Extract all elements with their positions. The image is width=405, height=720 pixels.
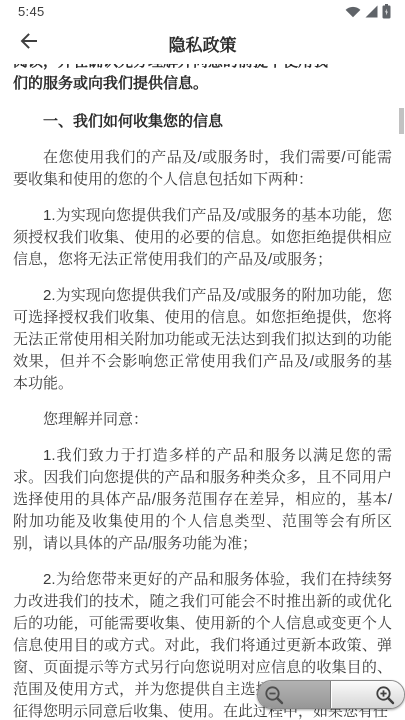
battery-charging-icon (382, 4, 391, 19)
policy-paragraph: 您理解并同意： (13, 409, 392, 431)
status-icons (345, 4, 391, 19)
section-heading: 一、我们如何收集您的信息 (13, 111, 392, 133)
magnifier-plus-icon (374, 684, 396, 706)
cellular-signal-icon (365, 5, 378, 18)
status-time: 5:45 (18, 4, 45, 19)
toolbar: 隐私政策 (0, 22, 405, 64)
back-arrow-icon (19, 31, 39, 56)
page-title: 隐私政策 (60, 31, 345, 56)
scrollbar-thumb[interactable] (399, 108, 404, 134)
zoom-controls (257, 680, 405, 709)
magnifier-minus-icon (263, 684, 285, 706)
policy-intro-line-clipped: 阅读，并在确认充分理解并同意的前提下使用我 (13, 64, 392, 73)
zoom-in-button[interactable] (331, 681, 404, 708)
policy-paragraph: 1.为实现向您提供我们产品及/或服务的基本功能，您须授权我们收集、使用的必要的信… (13, 205, 392, 271)
policy-paragraph: 2.为实现向您提供我们产品及/或服务的附加功能，您可选择授权我们收集、使用的信息… (13, 285, 392, 395)
policy-content: 阅读，并在确认充分理解并同意的前提下使用我 们的服务或向我们提供信息。 一、我们… (0, 64, 405, 720)
policy-paragraph: 1.我们致力于打造多样的产品和服务以满足您的需求。因我们向您提供的产品和服务种类… (13, 445, 392, 555)
wifi-icon (345, 5, 361, 18)
status-bar: 5:45 (0, 0, 405, 22)
policy-paragraph: 在您使用我们的产品及/或服务时，我们需要/可能需要收集和使用的您的个人信息包括如… (13, 147, 392, 191)
zoom-out-button[interactable] (258, 681, 331, 708)
policy-intro-line: 们的服务或向我们提供信息。 (13, 73, 392, 95)
back-button[interactable] (14, 28, 44, 58)
privacy-policy-screen: 5:45 (0, 0, 405, 720)
